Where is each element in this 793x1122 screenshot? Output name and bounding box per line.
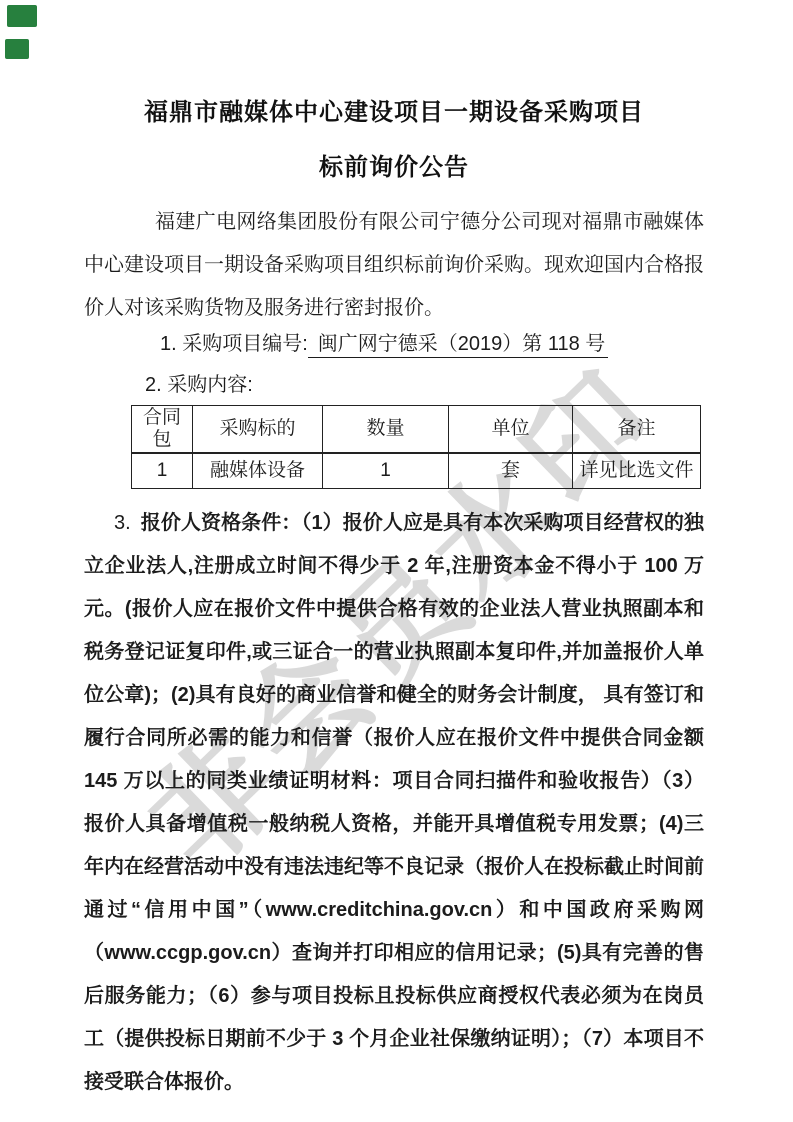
col-header-unit: 单位: [449, 406, 573, 454]
item-project-number: 1. 采购项目编号:闽广网宁德采（2019）第 118 号: [84, 330, 704, 358]
table-row: 1 融媒体设备 1 套 详见比选文件: [132, 453, 701, 489]
document-content: 福鼎市融媒体中心建设项目一期设备采购项目 标前询价公告 福建广电网络集团股份有限…: [84, 96, 704, 1104]
project-number-label: 1. 采购项目编号:: [160, 333, 308, 355]
document-subtitle: 标前询价公告: [84, 151, 704, 185]
procurement-table: 合同包 采购标的 数量 单位 备注 1 融媒体设备 1 套 详见比选文件: [131, 405, 701, 489]
cell-quantity: 1: [323, 453, 449, 489]
qualification-number: 3.: [114, 512, 141, 534]
table-header-row: 合同包 采购标的 数量 单位 备注: [132, 406, 701, 454]
green-corner-mark-2: [5, 39, 29, 59]
cell-subject: 融媒体设备: [193, 453, 323, 489]
cell-unit: 套: [449, 453, 573, 489]
col-header-quantity: 数量: [323, 406, 449, 454]
intro-paragraph: 福建广电网络集团股份有限公司宁德分公司现对福鼎市融媒体中心建设项目一期设备采购项…: [84, 201, 704, 330]
col-header-contract-package: 合同包: [132, 406, 193, 454]
green-corner-mark-1: [7, 5, 37, 27]
qualification-paragraph: 3.报价人资格条件：（1）报价人应是具有本次采购项目经营权的独立企业法人,注册成…: [84, 502, 704, 1104]
col-header-subject: 采购标的: [193, 406, 323, 454]
project-number-value: 闽广网宁德采（2019）第 118 号: [308, 333, 609, 358]
cell-contract-package: 1: [132, 453, 193, 489]
document-page: 非会员水印 福鼎市融媒体中心建设项目一期设备采购项目 标前询价公告 福建广电网络…: [0, 0, 793, 1122]
cell-remarks: 详见比选文件: [573, 453, 701, 489]
qualification-text: 报价人资格条件：（1）报价人应是具有本次采购项目经营权的独立企业法人,注册成立时…: [84, 512, 704, 1093]
col-header-remarks: 备注: [573, 406, 701, 454]
item-procurement-content: 2. 采购内容:: [84, 371, 704, 399]
document-title: 福鼎市融媒体中心建设项目一期设备采购项目: [84, 96, 704, 130]
